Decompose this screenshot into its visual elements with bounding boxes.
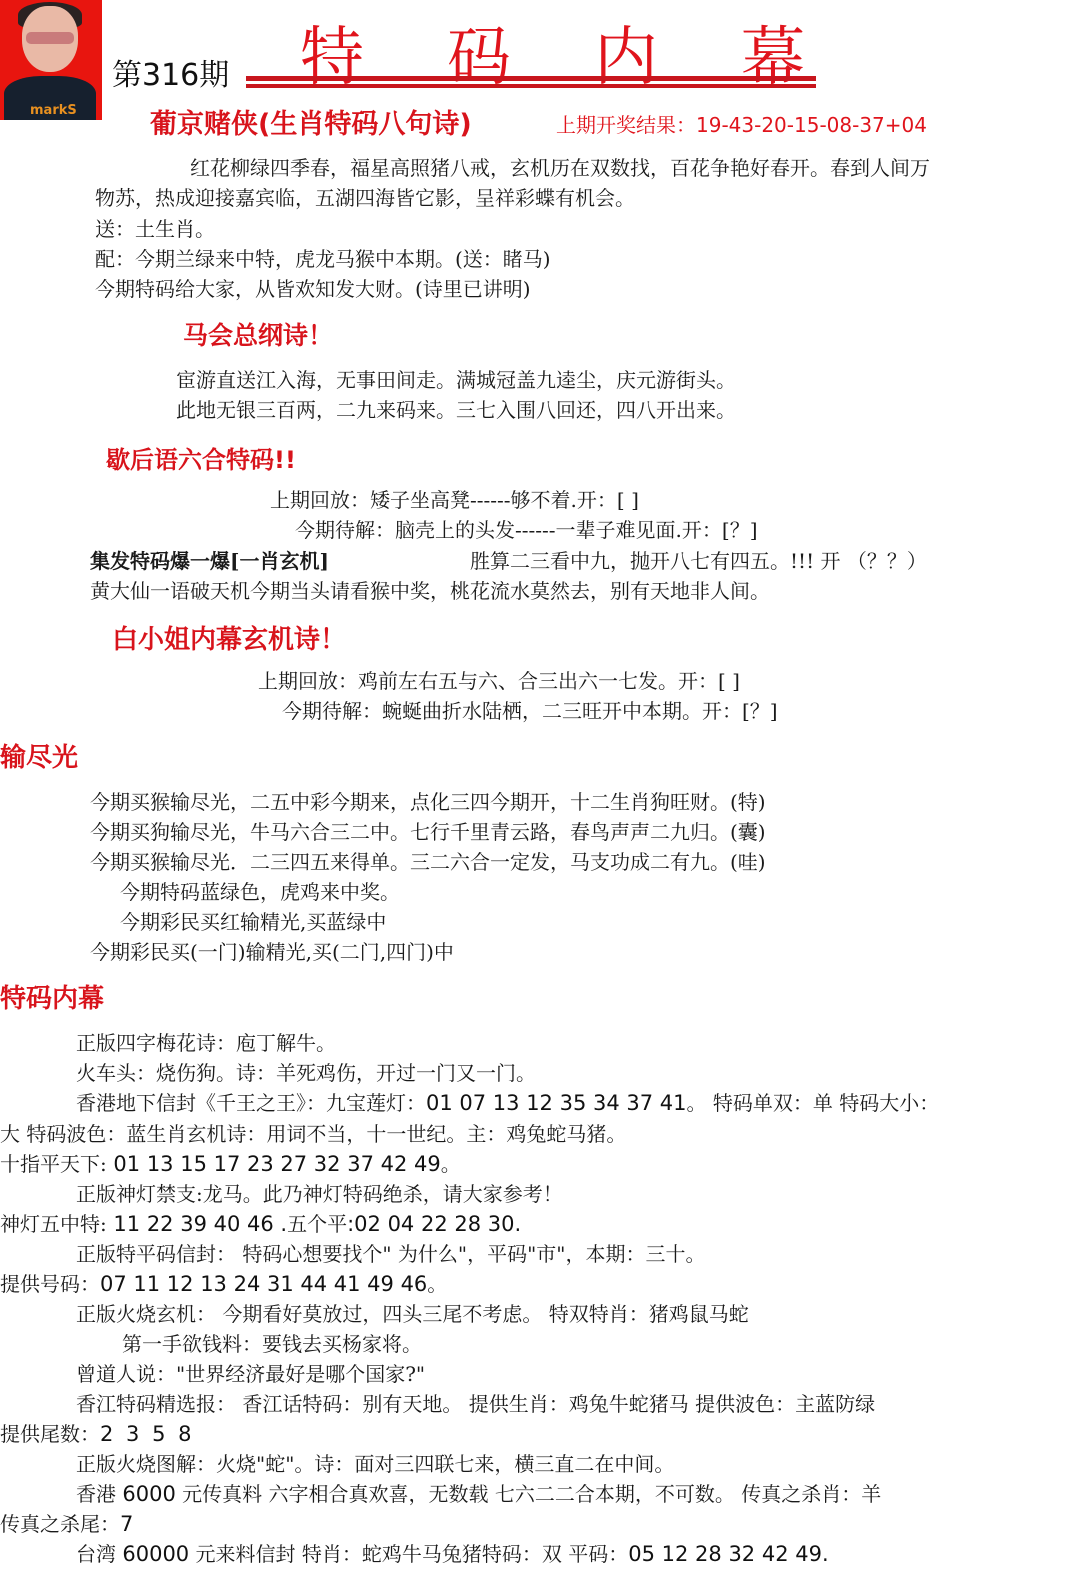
tema-line-post: 。	[427, 1272, 447, 1296]
shujinguang-heading: 输尽光	[0, 737, 78, 774]
last-result: 上期开奖结果：19-43-20-15-08-37+04	[556, 109, 927, 138]
mahui-line: 此地无银三百两，二九来码来。三七入围八回还，四八开出来。	[176, 394, 736, 423]
tema-line-post: 元来料信封 特肖：蛇鸡牛马兔猪特码：双 平码：	[189, 1542, 628, 1566]
tema-line-numbers-2: :02 04 22 28 30.	[347, 1212, 521, 1236]
tema-line-numbers: 01 07 13 12 35 34 37 41	[426, 1091, 687, 1115]
tema-line-post: 。	[441, 1152, 461, 1176]
tema-line: 香港地下信封《千王之王》：九宝莲灯：01 07 13 12 35 34 37 4…	[76, 1087, 939, 1116]
poem-line: 红花柳绿四季春，福星高照猪八戒，玄机历在双数找，百花争艳好春开。春到人间万	[190, 152, 930, 181]
tema-line-numbers: 6000	[122, 1482, 175, 1506]
xiehouyu-line: 今期待解：脑壳上的头发------一辈子难见面.开：[？]	[295, 514, 758, 543]
tema-line-numbers: 60000	[122, 1542, 189, 1566]
avatar-photo: markS	[0, 0, 102, 120]
tema-line: 大 特码波色：蓝生肖玄机诗：用词不当，十一世纪。主：鸡兔蛇马猪。	[0, 1118, 626, 1147]
title-underline-top	[246, 76, 816, 81]
poem-line: 物苏，热成迎接嘉宾临，五湖四海皆它影，呈祥彩蝶有机会。	[95, 182, 635, 211]
tema-line: 传真之杀尾：7	[0, 1508, 133, 1537]
tema-line: 提供尾数：2 3 5 8	[0, 1418, 194, 1447]
shujinguang-line: 今期特码蓝绿色，虎鸡来中奖。	[120, 876, 400, 905]
bai-line: 今期待解：蜿蜒曲折水陆栖，二三旺开中本期。开：[？]	[282, 695, 778, 724]
tema-line-numbers-2: 05 12 28 32 42 49.	[628, 1542, 828, 1566]
poem-line: 送：土生肖。	[95, 213, 215, 242]
tema-line: 正版火烧图解：火烧"蛇"。诗：面对三四联七来，横三直二在中间。	[76, 1448, 674, 1477]
last-result-value: 19-43-20-15-08-37+04	[696, 113, 927, 137]
tema-line-numbers: 2 3 5 8	[100, 1422, 194, 1446]
tema-line-pre: 香港	[76, 1482, 122, 1506]
tema-line: 台湾 60000 元来料信封 特肖：蛇鸡牛马兔猪特码：双 平码：05 12 28…	[76, 1538, 829, 1567]
shujinguang-line: 今期买猴输尽光．二三四五来得单。三二六合一定发，马支功成二有九。(哇)	[90, 846, 766, 875]
tema-line: 曾道人说："世界经济最好是哪个国家?"	[76, 1358, 425, 1387]
xiehouyu-heading: 歇后语六合特码!!	[106, 440, 296, 475]
subtitle-heading: 葡京赌侠(生肖特码八句诗)	[150, 102, 472, 141]
jifa-label: 集发特码爆一爆[一肖玄机]	[90, 545, 329, 574]
tema-line: 正版四字梅花诗：庖丁解牛。	[76, 1027, 336, 1056]
tema-line: 香港 6000 元传真料 六字相合真欢喜，无数载 七六二二合本期，不可数。 传真…	[76, 1478, 881, 1507]
shujinguang-line: 今期彩民买红输精光,买蓝绿中	[120, 906, 386, 935]
tema-line: 正版特平码信封： 特码心想要找个" 为什么"，平码"市"，本期：三十。	[76, 1238, 706, 1267]
tema-line: 神灯五中特: 11 22 39 40 46 .五个平:02 04 22 28 3…	[0, 1208, 521, 1237]
last-result-label: 上期开奖结果：	[556, 113, 696, 137]
tema-line: 第一手欲钱料：要钱去买杨家将。	[122, 1328, 422, 1357]
title-underline-bottom	[246, 84, 816, 88]
shujinguang-line: 今期彩民买(一门)输精光,买(二门,四门)中	[90, 936, 454, 965]
bai-line: 上期回放：鸡前左右五与六、合三出六一七发。开：[ ]	[258, 665, 740, 694]
avatar-glasses	[26, 32, 74, 44]
mahui-line: 宦游直送江入海，无事田间走。满城冠盖九逵尘，庆元游街头。	[176, 364, 736, 393]
tema-line-numbers: 01 13 15 17 23 27 32 37 42 49	[107, 1152, 441, 1176]
issue-number: 第316期	[112, 50, 229, 94]
bai-heading: 白小姐内幕玄机诗！	[112, 619, 346, 656]
shujinguang-line: 今期买猴输尽光，二五中彩今期来，点化三四今期开，十二生肖狗旺财。(特)	[90, 786, 766, 815]
huang-text: 黄大仙一语破天机今期当头请看猴中奖，桃花流水莫然去，别有天地非人间。	[90, 575, 770, 604]
tema-line-mid: 五个平	[287, 1212, 347, 1236]
avatar-watermark: markS	[30, 103, 77, 118]
tema-line-pre: 提供号码：	[0, 1272, 100, 1296]
tema-line-numbers: 7	[120, 1512, 133, 1536]
tema-line-post: 元传真料 六字相合真欢喜，无数载 七六二二合本期，不可数。 传真之杀肖：羊	[176, 1482, 881, 1506]
tema-line: 香江特码精选报： 香江话特码：别有天地。 提供生肖：鸡兔牛蛇猪马 提供波色：主蓝…	[76, 1388, 875, 1417]
mahui-heading: 马会总纲诗！	[183, 316, 333, 352]
tema-line-pre: 香港地下信封《千王之王》：九宝莲灯：	[76, 1091, 426, 1115]
tema-line-pre: 台湾	[76, 1542, 122, 1566]
temaneimu-heading: 特码内幕	[0, 978, 104, 1015]
poem-line: 今期特码给大家，从皆欢知发大财。(诗里已讲明)	[95, 273, 531, 302]
tema-line-pre: 十指平天下:	[0, 1152, 107, 1176]
tema-line: 正版神灯禁支:龙马。此乃神灯特码绝杀，请大家参考！	[76, 1178, 563, 1207]
tema-line: 提供号码：07 11 12 13 24 31 44 41 49 46。	[0, 1268, 447, 1297]
poem-line: 配：今期兰绿来中特，虎龙马猴中本期。(送：睹马)	[95, 243, 551, 272]
tema-line-post: 。 特码单双：单 特码大小：	[687, 1091, 940, 1115]
tema-line-pre: 提供尾数：	[0, 1422, 100, 1446]
tema-line-pre: 传真之杀尾：	[0, 1512, 120, 1536]
tema-line: 正版火烧玄机： 今期看好莫放过，四头三尾不考虑。 特双特肖：猪鸡鼠马蛇	[76, 1298, 749, 1327]
xiehouyu-line: 上期回放：矮子坐高凳------够不着.开：[ ]	[270, 484, 639, 513]
tema-line: 十指平天下: 01 13 15 17 23 27 32 37 42 49。	[0, 1148, 461, 1177]
shujinguang-line: 今期买狗输尽光，牛马六合三二中。七行千里青云路，春鸟声声二九归。(囊)	[90, 816, 766, 845]
tema-line-numbers: 11 22 39 40 46 .	[107, 1212, 287, 1236]
jifa-text: 胜算二三看中九，抛开八七有四五。!!! 开 （？？）	[470, 545, 927, 574]
tema-line-pre: 神灯五中特:	[0, 1212, 107, 1236]
tema-line-numbers: 07 11 12 13 24 31 44 41 49 46	[100, 1272, 427, 1296]
tema-line: 火车头：烧伤狗。诗：羊死鸡伤，开过一门又一门。	[76, 1057, 536, 1086]
